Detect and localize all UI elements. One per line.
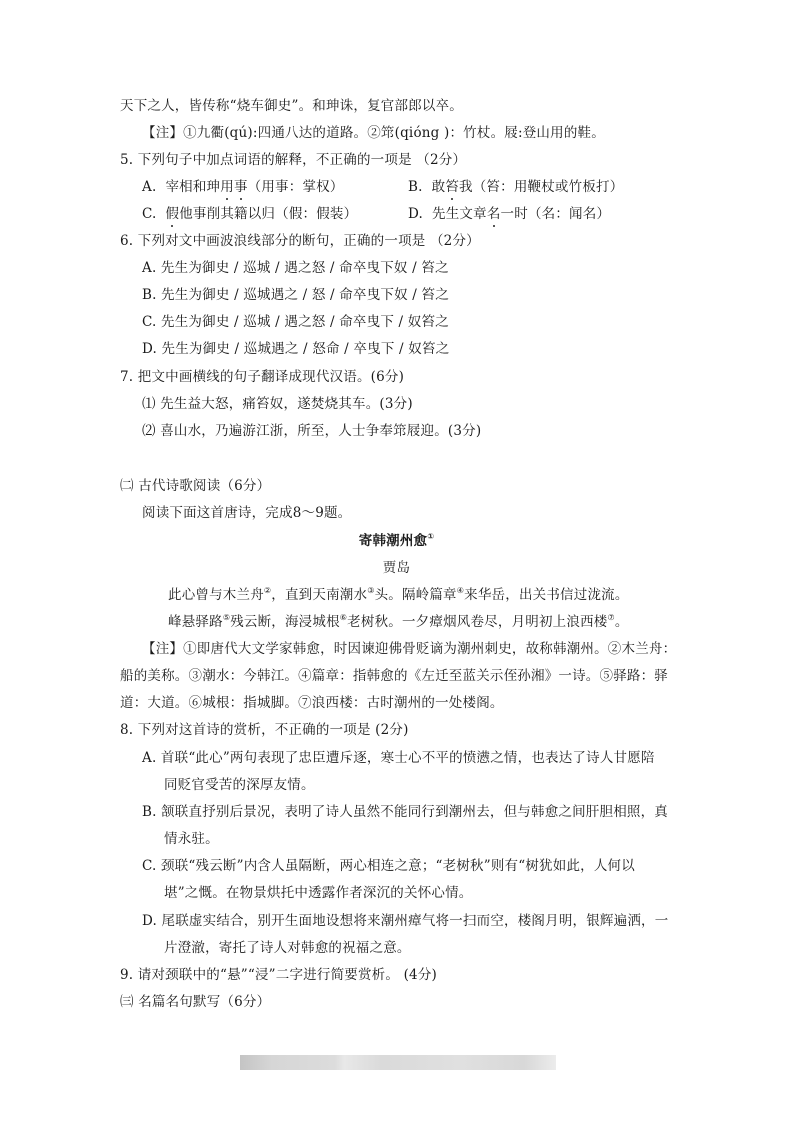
q8-stem: 8. 下列对这首诗的赏析，不正确的一项是 (2分) — [120, 721, 409, 739]
blurred-footer — [240, 1055, 556, 1070]
dotted-char: 假 — [166, 205, 180, 223]
poem-title: 寄韩潮州愈① — [0, 532, 793, 550]
q8-option-a-line-2: 同贬官受苦的深厚友情。 — [164, 776, 315, 794]
q8-option-c-line-2: 堪”之慨。在物景烘托中透露作者深沉的关怀心情。 — [164, 884, 473, 902]
section-3-heading: ㈢ 名篇名句默写（6分） — [120, 993, 270, 1011]
dotted-char: 名 — [487, 205, 501, 223]
poem-text: 残云断，海浸城根 — [230, 614, 340, 630]
q5-option-c: C. 假他事削其籍以归（假：假装） — [142, 205, 357, 223]
passage-note: 【注】①九衢(qú):四通八达的道路。②筇(qióng )：竹杖。屐:登山用的鞋… — [142, 124, 605, 142]
q6-option-a: A. 先生为御史 / 巡城 / 遇之怒 / 命卒曳下奴 / 笞之 — [142, 259, 449, 277]
q8-option-d-line-1: D. 尾联虚实结合，别开生面地设想将来潮州瘴气将一扫而空，楼阁月明，银辉遍洒，一 — [142, 912, 668, 930]
poem-line-2: 峰悬驿路⑤残云断，海浸城根⑥老树秋。一夕瘴烟风卷尽，月明初上浪西楼⑦。 — [168, 613, 629, 631]
q6-option-d: D. 先生为御史 / 巡城遇之 / 怒命 / 卒曳下 / 奴笞之 — [142, 340, 449, 358]
q8-option-a-line-1: A. 首联“此心”两句表现了忠臣遭斥逐，寒士心不平的愤懑之情，也表达了诗人甘愿陪 — [142, 749, 655, 767]
poem-text: 峰悬驿路 — [168, 614, 223, 630]
q6-option-b: B. 先生为御史 / 巡城遇之 / 怒 / 命卒曳下奴 / 笞之 — [142, 286, 449, 304]
section-2-heading: ㈡ 古代诗歌阅读（6分） — [120, 477, 270, 495]
q8-option-b-line-1: B. 颔联直抒别后景况，表明了诗人虽然不能同行到潮州去，但与韩愈之间肝胆相照，真 — [142, 803, 668, 821]
q7-item-1: ⑴ 先生益大怒，痛笞奴，遂焚烧其车。(3分) — [142, 395, 413, 413]
q7-item-2: ⑵ 喜山水，乃遍游江浙，所至，人士争奉筇屐迎。(3分) — [142, 422, 481, 440]
dotted-char: 用 — [220, 178, 234, 196]
poem-line-1: 此心曾与木兰舟②，直到天南潮水③头。隔岭篇章④来华岳，出关书信过泷流。 — [168, 586, 629, 604]
poem-text: 。 — [615, 614, 629, 630]
option-gloss: 我（笞：用鞭杖或竹板打） — [459, 179, 623, 195]
poem-text: ，直到天南潮水 — [271, 587, 367, 603]
q5-option-d: D. 先生文章名一时（名：闻名） — [408, 205, 610, 223]
option-label: A. — [142, 179, 156, 195]
section-2-instruction: 阅读下面这首唐诗，完成8～9题。 — [142, 504, 351, 522]
option-label: B. — [408, 179, 423, 195]
q8-option-b-line-2: 情永驻。 — [164, 830, 219, 848]
q5-option-b: B. 敢笞我（笞：用鞭杖或竹板打） — [408, 178, 623, 196]
q9-stem: 9. 请对颈联中的“悬”“浸”二字进行简要赏析。 (4分) — [120, 966, 437, 984]
option-gloss: 他事削其籍以归（假：假装） — [179, 206, 357, 222]
poem-text: 老树秋。一夕瘴烟风卷尽，月明初上浪西楼 — [347, 614, 607, 630]
q7-stem: 7. 把文中画横线的句子翻译成现代汉语。(6分) — [120, 368, 404, 386]
option-gloss: （用事：掌权） — [248, 179, 344, 195]
poem-text: 头。隔岭篇章 — [375, 587, 457, 603]
poem-note-line-2: 船的美称。③潮水：今韩江。④篇章：指韩愈的《左迁至蓝关示侄孙湘》一诗。⑤驿路：驿 — [120, 667, 668, 685]
option-text: 先生文章 — [432, 206, 487, 222]
poem-note-line-3: 道：大道。⑥城根：指城脚。⑦浪西楼：古时潮州的一处楼阁。 — [120, 694, 504, 712]
poem-text: 来华岳，出关书信过泷流。 — [464, 587, 628, 603]
q5-option-a: A. 宰相和珅用事（用事：掌权） — [142, 178, 344, 196]
q6-stem: 6. 下列对文中画波浪线部分的断句，正确的一项是 （2分） — [120, 232, 480, 250]
poem-note-line-1: 【注】①即唐代大文学家韩愈，时因谏迎佛骨贬谪为潮州刺史，故称韩潮州。②木兰舟： — [142, 640, 676, 658]
poem-text: 此心曾与木兰舟 — [168, 587, 264, 603]
exam-page: 天下之人，皆传称“烧车御史”。和珅诛，复官部郎以卒。 【注】①九衢(qú):四通… — [0, 0, 793, 1122]
q8-option-c-line-1: C. 颈联“残云断”内含人虽隔断，两心相连之意；“老树秋”则有“树犹如此，人何以 — [142, 857, 635, 875]
option-label: D. — [408, 206, 423, 222]
poem-title-text: 寄韩潮州愈 — [359, 533, 428, 549]
passage-line: 天下之人，皆传称“烧车御史”。和珅诛，复官部郎以卒。 — [120, 97, 463, 115]
q6-option-c: C. 先生为御史 / 巡城 / 遇之怒 / 命卒曳下 / 奴笞之 — [142, 313, 449, 331]
option-label: C. — [142, 206, 157, 222]
footnote-marker: ⑦ — [607, 613, 614, 622]
footnote-marker: ③ — [367, 586, 374, 595]
footnote-marker: ① — [427, 532, 434, 541]
q5-stem: 5. 下列句子中加点词语的解释，不正确的一项是 （2分） — [120, 151, 466, 169]
q8-option-d-line-2: 片澄澈，寄托了诗人对韩愈的祝福之意。 — [164, 939, 411, 957]
option-gloss: 一时（名：闻名） — [501, 206, 611, 222]
dotted-char: 笞 — [445, 178, 459, 196]
dotted-char: 事 — [234, 178, 248, 196]
option-text: 宰相和珅 — [165, 179, 220, 195]
poem-author: 贾岛 — [0, 559, 793, 577]
option-text: 敢 — [432, 179, 446, 195]
